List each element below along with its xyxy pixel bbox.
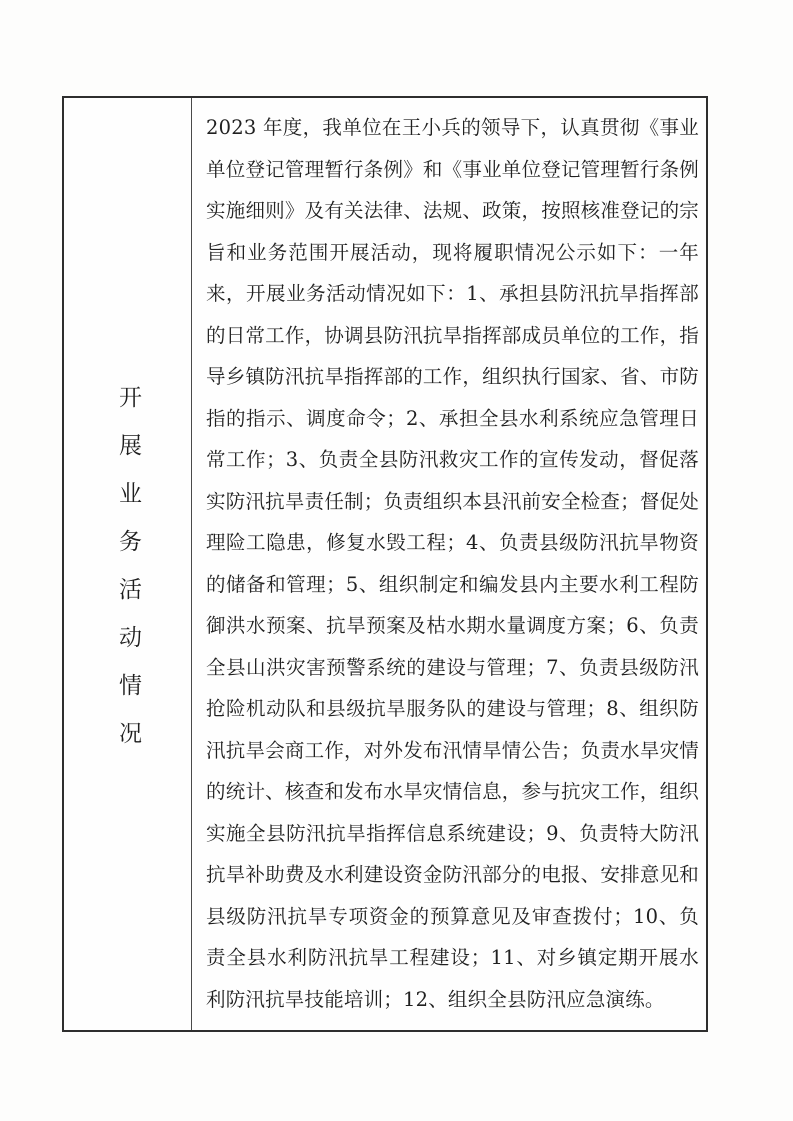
activity-report-table: 开展业务活动情况 2023 年度，我单位在王小兵的领导下，认真贯彻《事业单位登记…	[62, 96, 708, 1032]
row-header-cell: 开展业务活动情况	[64, 98, 192, 1030]
activity-report-text: 2023 年度，我单位在王小兵的领导下，认真贯彻《事业单位登记管理暂行条例》和《…	[206, 107, 699, 1020]
row-header-label: 开展业务活动情况	[116, 385, 139, 769]
content-cell: 2023 年度，我单位在王小兵的领导下，认真贯彻《事业单位登记管理暂行条例》和《…	[192, 98, 706, 1030]
document-page: 开展业务活动情况 2023 年度，我单位在王小兵的领导下，认真贯彻《事业单位登记…	[0, 0, 793, 1121]
